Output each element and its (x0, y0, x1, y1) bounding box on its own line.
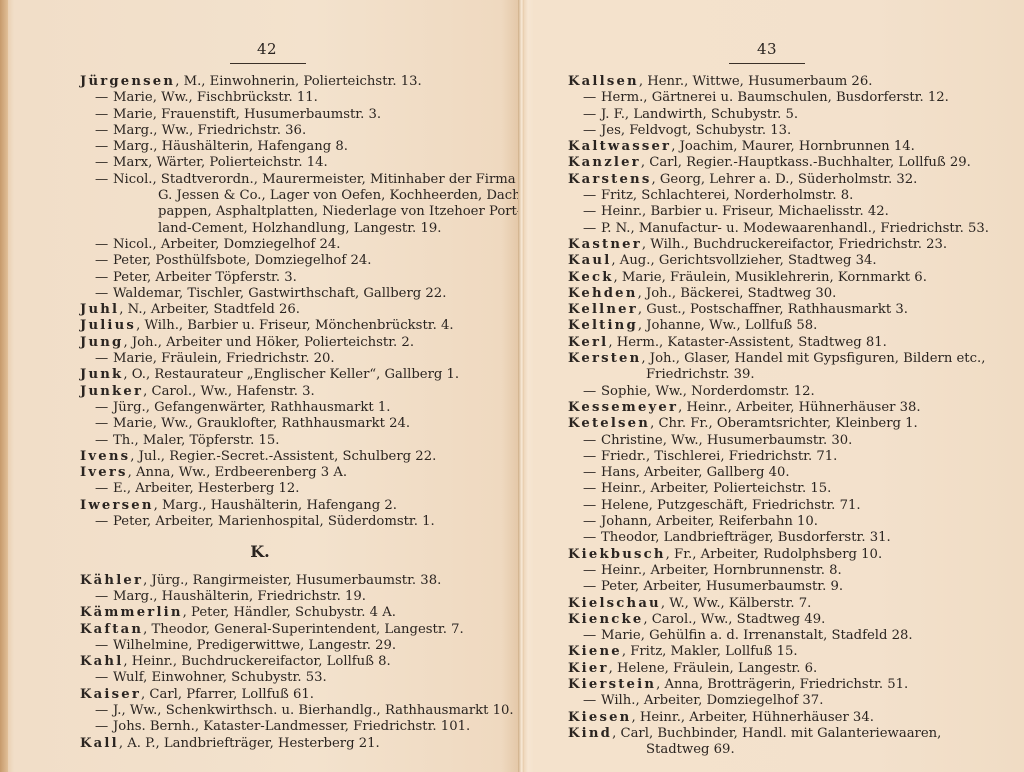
ditto-dash: — (583, 188, 601, 204)
surname: Kielschau (568, 596, 661, 611)
directory-entry: Kanzler, Carl, Regier.-Hauptkass.-Buchha… (568, 155, 989, 171)
sub-entry: —Marie, Ww., Fischbrückstr. 11. (80, 90, 525, 106)
sub-entry: —P. N., Manufactur- u. Modewaarenhandl.,… (568, 221, 989, 237)
entry-details: , M., Einwohnerin, Polierteichstr. 13. (175, 74, 422, 89)
directory-entry: Ivens, Jul., Regier.-Secret.-Assistent, … (80, 449, 525, 465)
section-heading: K. (80, 544, 440, 560)
entry-details: Johann, Arbeiter, Reiferbahn 10. (601, 514, 818, 529)
entry-details: Friedr., Tischlerei, Friedrichstr. 71. (601, 449, 837, 464)
surname: Jung (80, 335, 123, 350)
ditto-dash: — (95, 155, 113, 171)
entry-details: , Heinr., Buchdruckereifactor, Lollfuß 8… (123, 654, 390, 669)
surname: Kierstein (568, 677, 656, 692)
entry-details: , Jürg., Rangirmeister, Husumerbaumstr. … (143, 573, 441, 588)
directory-entry: Karstens, Georg, Lehrer a. D., Süderholm… (568, 172, 989, 188)
directory-entry: Kehden, Joh., Bäckerei, Stadtweg 30. (568, 286, 989, 302)
sub-entry: —Marie, Gehülfin a. d. Irrenanstalt, Sta… (568, 628, 989, 644)
entry-details: , Carl, Regier.-Hauptkass.-Buchhalter, L… (641, 155, 971, 170)
directory-entry: Jung, Joh., Arbeiter und Höker, Polierte… (80, 335, 525, 351)
entry-details: , Carl, Pfarrer, Lollfuß 61. (141, 687, 314, 702)
entry-details: , Chr. Fr., Oberamtsrichter, Kleinberg 1… (650, 416, 918, 431)
surname: Kall (80, 736, 119, 751)
page-number-rule (729, 63, 805, 64)
directory-entry: Jürgensen, M., Einwohnerin, Polierteichs… (80, 74, 525, 90)
entry-details: , W., Ww., Kälberstr. 7. (661, 596, 811, 611)
sub-entry: —Marx, Wärter, Polierteichstr. 14. (80, 155, 525, 171)
directory-entry: Kallsen, Henr., Wittwe, Husumerbaum 26. (568, 74, 989, 90)
directory-entry: Julius, Wilh., Barbier u. Friseur, Mönch… (80, 318, 525, 334)
entry-details: J. F., Landwirth, Schubystr. 5. (601, 107, 798, 122)
sub-entry: —Christine, Ww., Husumerbaumstr. 30. (568, 433, 989, 449)
directory-entry: Junker, Carol., Ww., Hafenstr. 3. (80, 384, 525, 400)
entry-details: Peter, Posthülfsbote, Domziegelhof 24. (113, 253, 371, 268)
left-page: 42 Jürgensen, M., Einwohnerin, Poliertei… (0, 0, 522, 772)
entry-details: , Joh., Arbeiter und Höker, Polierteichs… (123, 335, 414, 350)
ditto-dash: — (583, 628, 601, 644)
directory-entry: Kastner, Wilh., Buchdruckereifactor, Fri… (568, 237, 989, 253)
entry-details: , A. P., Landbriefträger, Hesterberg 21. (119, 736, 380, 751)
directory-entry: Junk, O., Restaurateur „Englischer Kelle… (80, 367, 525, 383)
directory-entry: Keck, Marie, Fräulein, Musiklehrerin, Ko… (568, 270, 989, 286)
ditto-dash: — (583, 107, 601, 123)
ditto-dash: — (583, 204, 601, 220)
sub-entry: —Friedr., Tischlerei, Friedrichstr. 71. (568, 449, 989, 465)
entry-details: , Heinr., Arbeiter, Hühnerhäuser 34. (631, 710, 873, 725)
book-spread: 42 Jürgensen, M., Einwohnerin, Poliertei… (0, 0, 1024, 772)
directory-entry: Kämmerlin, Peter, Händler, Schubystr. 4 … (80, 605, 525, 621)
surname: Kanzler (568, 155, 641, 170)
surname: Kaltwasser (568, 139, 671, 154)
directory-entries: Jürgensen, M., Einwohnerin, Polierteichs… (80, 74, 525, 752)
ditto-dash: — (95, 351, 113, 367)
sub-entry: —Marie, Fräulein, Friedrichstr. 20. (80, 351, 525, 367)
entry-details: , Carl, Buchbinder, Handl. mit Galanteri… (612, 726, 941, 741)
sub-entry: —Waldemar, Tischler, Gastwirthschaft, Ga… (80, 286, 525, 302)
directory-entry: Juhl, N., Arbeiter, Stadtfeld 26. (80, 302, 525, 318)
entry-details: Peter, Arbeiter, Marienhospital, Süderdo… (113, 514, 435, 529)
ditto-dash: — (95, 703, 113, 719)
surname: Kiene (568, 644, 622, 659)
directory-entry: Kelting, Johanne, Ww., Lollfuß 58. (568, 318, 989, 334)
ditto-dash: — (95, 589, 113, 605)
directory-entry: Kaltwasser, Joachim, Maurer, Hornbrunnen… (568, 139, 989, 155)
surname: Kier (568, 661, 609, 676)
sub-entry: —Fritz, Schlachterei, Norderholmstr. 8. (568, 188, 989, 204)
ditto-dash: — (583, 433, 601, 449)
entry-details: , Gust., Postschaffner, Rathhausmarkt 3. (638, 302, 908, 317)
surname: Kallsen (568, 74, 639, 89)
entry-details: , Theodor, General-Superintendent, Lange… (143, 622, 464, 637)
entry-details: Marie, Ww., Fischbrückstr. 11. (113, 90, 318, 105)
entry-details: , Carol., Ww., Hafenstr. 3. (143, 384, 315, 399)
sub-entry: —Heinr., Arbeiter, Polierteichstr. 15. (568, 481, 989, 497)
entry-details: Nicol., Stadtverordn., Maurermeister, Mi… (113, 172, 516, 187)
surname: Keck (568, 270, 614, 285)
sub-entry: —Marg., Ww., Friedrichstr. 36. (80, 123, 525, 139)
surname: Ivens (80, 449, 130, 464)
surname: Juhl (80, 302, 119, 317)
directory-entry: Kahl, Heinr., Buchdruckereifactor, Lollf… (80, 654, 525, 670)
entry-details: Wilh., Arbeiter, Domziegelhof 37. (601, 693, 823, 708)
entry-details: Nicol., Arbeiter, Domziegelhof 24. (113, 237, 340, 252)
entry-details: , Johanne, Ww., Lollfuß 58. (638, 318, 817, 333)
directory-entry: Kiekbusch, Fr., Arbeiter, Rudolphsberg 1… (568, 547, 989, 563)
surname: Kaftan (80, 622, 143, 637)
entry-continuation: pappen, Asphaltplatten, Niederlage von I… (95, 204, 525, 220)
sub-entry: —Hans, Arbeiter, Gallberg 40. (568, 465, 989, 481)
surname: Ketelsen (568, 416, 650, 431)
ditto-dash: — (583, 123, 601, 139)
ditto-dash: — (583, 579, 601, 595)
directory-entries: Kallsen, Henr., Wittwe, Husumerbaum 26.—… (568, 74, 989, 758)
directory-entry: Kielschau, W., Ww., Kälberstr. 7. (568, 596, 989, 612)
surname: Kind (568, 726, 612, 741)
entry-details: Peter, Arbeiter Töpferstr. 3. (113, 270, 297, 285)
entry-details: Heinr., Barbier u. Friseur, Michaelisstr… (601, 204, 889, 219)
sub-entry: —Johs. Bernh., Kataster-Landmesser, Frie… (80, 719, 525, 735)
sub-entry: —Peter, Arbeiter Töpferstr. 3. (80, 270, 525, 286)
entry-details: Peter, Arbeiter, Husumerbaumstr. 9. (601, 579, 843, 594)
entry-details: P. N., Manufactur- u. Modewaarenhandl., … (601, 221, 989, 236)
entry-details: Fritz, Schlachterei, Norderholmstr. 8. (601, 188, 853, 203)
entry-details: , Anna, Brotträgerin, Friedrichstr. 51. (656, 677, 908, 692)
sub-entry: —Heinr., Barbier u. Friseur, Michaelisst… (568, 204, 989, 220)
entry-details: Marx, Wärter, Polierteichstr. 14. (113, 155, 328, 170)
entry-details: Marie, Frauenstift, Husumerbaumstr. 3. (113, 107, 381, 122)
sub-entry: —Jes, Feldvogt, Schubystr. 13. (568, 123, 989, 139)
ditto-dash: — (583, 221, 601, 237)
entry-details: , Fr., Arbeiter, Rudolphsberg 10. (666, 547, 882, 562)
directory-entry: Kierstein, Anna, Brotträgerin, Friedrich… (568, 677, 989, 693)
ditto-dash: — (583, 90, 601, 106)
sub-entry: —Jürg., Gefangenwärter, Rathhausmarkt 1. (80, 400, 525, 416)
entry-details: Th., Maler, Töpferstr. 15. (113, 433, 279, 448)
entry-details: Theodor, Landbriefträger, Busdorferstr. … (601, 530, 891, 545)
entry-details: , Fritz, Makler, Lollfuß 15. (622, 644, 798, 659)
entry-details: , O., Restaurateur „Englischer Keller“, … (123, 367, 459, 382)
directory-entry: Ketelsen, Chr. Fr., Oberamtsrichter, Kle… (568, 416, 989, 432)
sub-entry: —Wilhelmine, Predigerwittwe, Langestr. 2… (80, 638, 525, 654)
ditto-dash: — (95, 433, 113, 449)
surname: Junk (80, 367, 123, 382)
entry-details: , Jul., Regier.-Secret.-Assistent, Schul… (130, 449, 436, 464)
surname: Kiencke (568, 612, 643, 627)
entry-details: , Wilh., Buchdruckereifactor, Friedrichs… (642, 237, 947, 252)
surname: Kähler (80, 573, 143, 588)
sub-entry: —E., Arbeiter, Hesterberg 12. (80, 481, 525, 497)
entry-details: Christine, Ww., Husumerbaumstr. 30. (601, 433, 852, 448)
entry-details: , Carol., Ww., Stadtweg 49. (643, 612, 825, 627)
entry-details: Hans, Arbeiter, Gallberg 40. (601, 465, 790, 480)
directory-entry: Kerl, Herm., Kataster-Assistent, Stadtwe… (568, 335, 989, 351)
sub-entry: —Nicol., Arbeiter, Domziegelhof 24. (80, 237, 525, 253)
entry-details: J., Ww., Schenkwirthsch. u. Bierhandlg.,… (113, 703, 514, 718)
entry-details: , Aug., Gerichtsvollzieher, Stadtweg 34. (611, 253, 876, 268)
entry-details: , Henr., Wittwe, Husumerbaum 26. (639, 74, 873, 89)
sub-entry: —Th., Maler, Töpferstr. 15. (80, 433, 525, 449)
ditto-dash: — (95, 416, 113, 432)
directory-entry: Kellner, Gust., Postschaffner, Rathhausm… (568, 302, 989, 318)
directory-entry: Kessemeyer, Heinr., Arbeiter, Hühnerhäus… (568, 400, 989, 416)
directory-entry: Kiencke, Carol., Ww., Stadtweg 49. (568, 612, 989, 628)
entry-details: E., Arbeiter, Hesterberg 12. (113, 481, 299, 496)
sub-entry: —Marg., Häushälterin, Hafengang 8. (80, 139, 525, 155)
entry-details: Jürg., Gefangenwärter, Rathhausmarkt 1. (113, 400, 390, 415)
ditto-dash: — (95, 286, 113, 302)
entry-details: Marg., Haushälterin, Friedrichstr. 19. (113, 589, 366, 604)
ditto-dash: — (95, 90, 113, 106)
sub-entry: —Herm., Gärtnerei u. Baumschulen, Busdor… (568, 90, 989, 106)
surname: Ivers (80, 465, 128, 480)
surname: Kaiser (80, 687, 141, 702)
page-edge (0, 0, 8, 772)
sub-entry: —Theodor, Landbriefträger, Busdorferstr.… (568, 530, 989, 546)
sub-entry: —Johann, Arbeiter, Reiferbahn 10. (568, 514, 989, 530)
directory-entry: Kersten, Joh., Glaser, Handel mit Gypsfi… (568, 351, 989, 384)
surname: Iwersen (80, 498, 154, 513)
surname: Kersten (568, 351, 641, 366)
sub-entry: —Peter, Arbeiter, Marienhospital, Süderd… (80, 514, 525, 530)
sub-entry: —Marie, Ww., Grauklofter, Rathhausmarkt … (80, 416, 525, 432)
ditto-dash: — (583, 481, 601, 497)
ditto-dash: — (583, 465, 601, 481)
directory-entry: Kind, Carl, Buchbinder, Handl. mit Galan… (568, 726, 989, 759)
page-number-rule (230, 63, 306, 64)
entry-details: Marg., Ww., Friedrichstr. 36. (113, 123, 306, 138)
entry-details: Herm., Gärtnerei u. Baumschulen, Busdorf… (601, 90, 949, 105)
entry-continuation: Stadtweg 69. (568, 742, 989, 758)
page-number: 43 (727, 40, 807, 58)
entry-details: , Marg., Haushälterin, Hafengang 2. (154, 498, 397, 513)
entry-details: , Joachim, Maurer, Hornbrunnen 14. (671, 139, 915, 154)
sub-entry: —Helene, Putzgeschäft, Friedrichstr. 71. (568, 498, 989, 514)
directory-entry: Kier, Helene, Fräulein, Langestr. 6. (568, 661, 989, 677)
entry-details: , Georg, Lehrer a. D., Süderholmstr. 32. (651, 172, 917, 187)
entry-details: Jes, Feldvogt, Schubystr. 13. (601, 123, 791, 138)
entry-details: , Joh., Bäckerei, Stadtweg 30. (638, 286, 837, 301)
surname: Kämmerlin (80, 605, 183, 620)
ditto-dash: — (95, 139, 113, 155)
entry-details: , Herm., Kataster-Assistent, Stadtweg 81… (608, 335, 887, 350)
sub-entry: —Wulf, Einwohner, Schubystr. 53. (80, 670, 525, 686)
entry-details: Marie, Ww., Grauklofter, Rathhausmarkt 2… (113, 416, 410, 431)
right-page: 43 Kallsen, Henr., Wittwe, Husumerbaum 2… (522, 0, 1024, 772)
surname: Kastner (568, 237, 642, 252)
ditto-dash: — (95, 107, 113, 123)
directory-entry: Kaiser, Carl, Pfarrer, Lollfuß 61. (80, 687, 525, 703)
directory-entry: Kiesen, Heinr., Arbeiter, Hühnerhäuser 3… (568, 710, 989, 726)
ditto-dash: — (95, 481, 113, 497)
surname: Kessemeyer (568, 400, 678, 415)
surname: Karstens (568, 172, 651, 187)
directory-entry: Iwersen, Marg., Haushälterin, Hafengang … (80, 498, 525, 514)
ditto-dash: — (583, 530, 601, 546)
entry-details: Helene, Putzgeschäft, Friedrichstr. 71. (601, 498, 861, 513)
directory-entry: Kähler, Jürg., Rangirmeister, Husumerbau… (80, 573, 525, 589)
sub-entry: —Sophie, Ww., Norderdomstr. 12. (568, 384, 989, 400)
sub-entry: —Marg., Haushälterin, Friedrichstr. 19. (80, 589, 525, 605)
ditto-dash: — (95, 237, 113, 253)
ditto-dash: — (95, 400, 113, 416)
entry-details: , Marie, Fräulein, Musiklehrerin, Kornma… (614, 270, 927, 285)
surname: Jürgensen (80, 74, 175, 89)
entry-details: , Peter, Händler, Schubystr. 4 A. (183, 605, 396, 620)
ditto-dash: — (95, 719, 113, 735)
surname: Kaul (568, 253, 611, 268)
page-number: 42 (227, 40, 307, 58)
ditto-dash: — (583, 514, 601, 530)
ditto-dash: — (95, 270, 113, 286)
ditto-dash: — (95, 253, 113, 269)
surname: Julius (80, 318, 136, 333)
ditto-dash: — (95, 123, 113, 139)
ditto-dash: — (95, 172, 113, 188)
ditto-dash: — (583, 563, 601, 579)
entry-details: , Wilh., Barbier u. Friseur, Mönchenbrüc… (136, 318, 454, 333)
surname: Kerl (568, 335, 608, 350)
book-spine (518, 0, 524, 772)
entry-details: Marg., Häushälterin, Hafengang 8. (113, 139, 348, 154)
entry-details: , N., Arbeiter, Stadtfeld 26. (119, 302, 300, 317)
sub-entry: —J. F., Landwirth, Schubystr. 5. (568, 107, 989, 123)
entry-details: Marie, Fräulein, Friedrichstr. 20. (113, 351, 335, 366)
entry-details: Sophie, Ww., Norderdomstr. 12. (601, 384, 815, 399)
entry-details: , Joh., Glaser, Handel mit Gypsfiguren, … (641, 351, 985, 366)
entry-continuation: Friedrichstr. 39. (568, 367, 989, 383)
ditto-dash: — (95, 638, 113, 654)
ditto-dash: — (583, 498, 601, 514)
directory-entry: Kiene, Fritz, Makler, Lollfuß 15. (568, 644, 989, 660)
ditto-dash: — (583, 384, 601, 400)
entry-details: Heinr., Arbeiter, Polierteichstr. 15. (601, 481, 831, 496)
entry-details: Wilhelmine, Predigerwittwe, Langestr. 29… (113, 638, 396, 653)
entry-details: Marie, Gehülfin a. d. Irrenanstalt, Stad… (601, 628, 913, 643)
sub-entry: —J., Ww., Schenkwirthsch. u. Bierhandlg.… (80, 703, 525, 719)
sub-entry: —Nicol., Stadtverordn., Maurermeister, M… (80, 172, 525, 237)
entry-details: , Helene, Fräulein, Langestr. 6. (609, 661, 818, 676)
entry-details: , Heinr., Arbeiter, Hühnerhäuser 38. (678, 400, 920, 415)
sub-entry: —Peter, Arbeiter, Husumerbaumstr. 9. (568, 579, 989, 595)
directory-entry: Kaftan, Theodor, General-Superintendent,… (80, 622, 525, 638)
surname: Junker (80, 384, 143, 399)
surname: Kellner (568, 302, 638, 317)
entry-continuation: G. Jessen & Co., Lager von Oefen, Kochhe… (95, 188, 525, 204)
directory-entry: Kaul, Aug., Gerichtsvollzieher, Stadtweg… (568, 253, 989, 269)
entry-continuation: land-Cement, Holzhandlung, Langestr. 19. (95, 221, 525, 237)
ditto-dash: — (95, 514, 113, 530)
sub-entry: —Heinr., Arbeiter, Hornbrunnenstr. 8. (568, 563, 989, 579)
entry-details: Wulf, Einwohner, Schubystr. 53. (113, 670, 327, 685)
sub-entry: —Marie, Frauenstift, Husumerbaumstr. 3. (80, 107, 525, 123)
surname: Kehden (568, 286, 638, 301)
entry-details: Waldemar, Tischler, Gastwirthschaft, Gal… (113, 286, 446, 301)
surname: Kahl (80, 654, 123, 669)
entry-details: Heinr., Arbeiter, Hornbrunnenstr. 8. (601, 563, 842, 578)
directory-entry: Ivers, Anna, Ww., Erdbeerenberg 3 A. (80, 465, 525, 481)
ditto-dash: — (583, 449, 601, 465)
surname: Kiekbusch (568, 547, 666, 562)
surname: Kelting (568, 318, 638, 333)
entry-details: , Anna, Ww., Erdbeerenberg 3 A. (128, 465, 348, 480)
sub-entry: —Wilh., Arbeiter, Domziegelhof 37. (568, 693, 989, 709)
surname: Kiesen (568, 710, 631, 725)
ditto-dash: — (95, 670, 113, 686)
directory-entry: Kall, A. P., Landbriefträger, Hesterberg… (80, 736, 525, 752)
sub-entry: —Peter, Posthülfsbote, Domziegelhof 24. (80, 253, 525, 269)
ditto-dash: — (583, 693, 601, 709)
entry-details: Johs. Bernh., Kataster-Landmesser, Fried… (113, 719, 470, 734)
